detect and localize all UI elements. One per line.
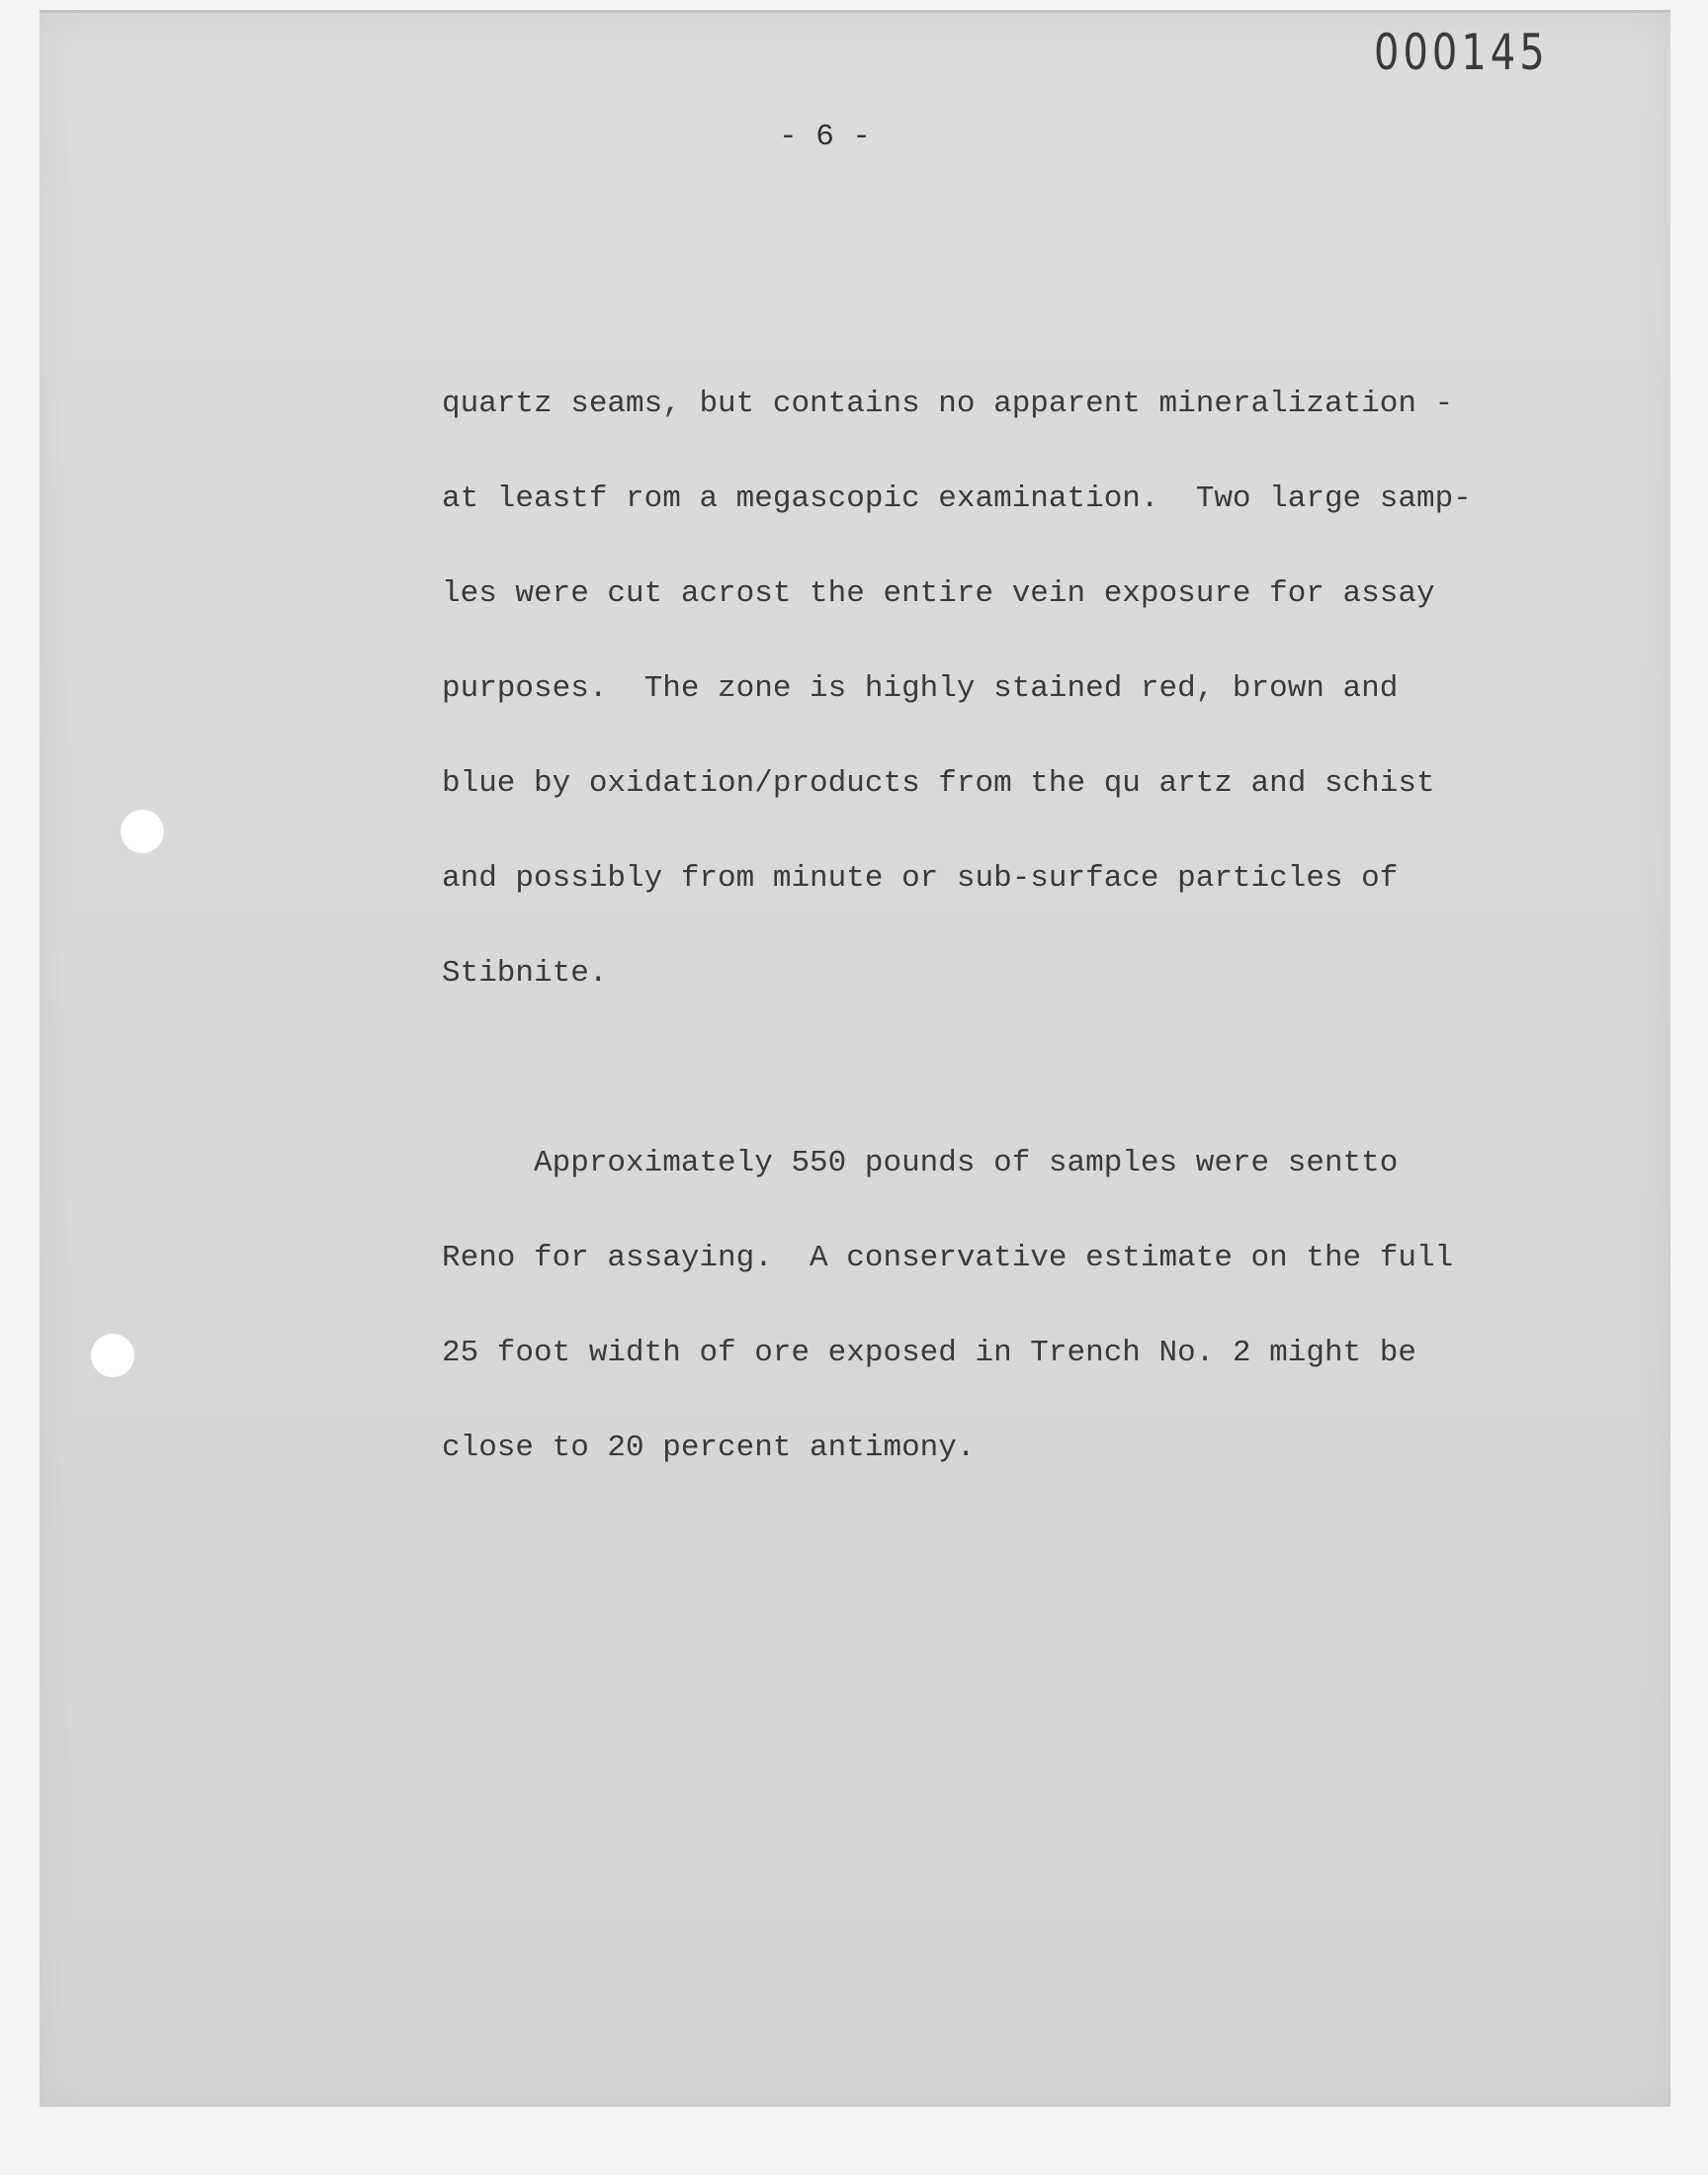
text-line: blue by oxidation/products from the qu a… — [442, 768, 1569, 800]
text-line: and possibly from minute or sub-surface … — [442, 863, 1569, 895]
document-stamp-number: 000145 — [1374, 25, 1549, 82]
text-line: close to 20 percent antimony. — [442, 1433, 1569, 1464]
punch-hole — [121, 810, 164, 853]
text-line: Reno for assaying. A conservative estima… — [442, 1243, 1569, 1274]
body-text: quartz seams, but contains no apparent m… — [442, 325, 1569, 1527]
text-line: purposes. The zone is highly stained red… — [442, 673, 1569, 705]
text-line: 25 foot width of ore exposed in Trench N… — [442, 1338, 1569, 1369]
text-line: Approximately 550 pounds of samples were… — [442, 1148, 1569, 1179]
text-line: les were cut acrost the entire vein expo… — [442, 578, 1569, 610]
punch-hole — [91, 1334, 134, 1377]
text-line: at leastf rom a megascopic examination. … — [442, 483, 1569, 515]
page-number: - 6 - — [779, 120, 871, 154]
document-page: 000145 - 6 - quartz seams, but contains … — [40, 10, 1670, 2107]
paragraph-2: Approximately 550 pounds of samples were… — [442, 1085, 1569, 1527]
text-line: Stibnite. — [442, 958, 1569, 990]
paragraph-1: quartz seams, but contains no apparent m… — [442, 325, 1569, 1053]
text-line: quartz seams, but contains no apparent m… — [442, 389, 1569, 420]
